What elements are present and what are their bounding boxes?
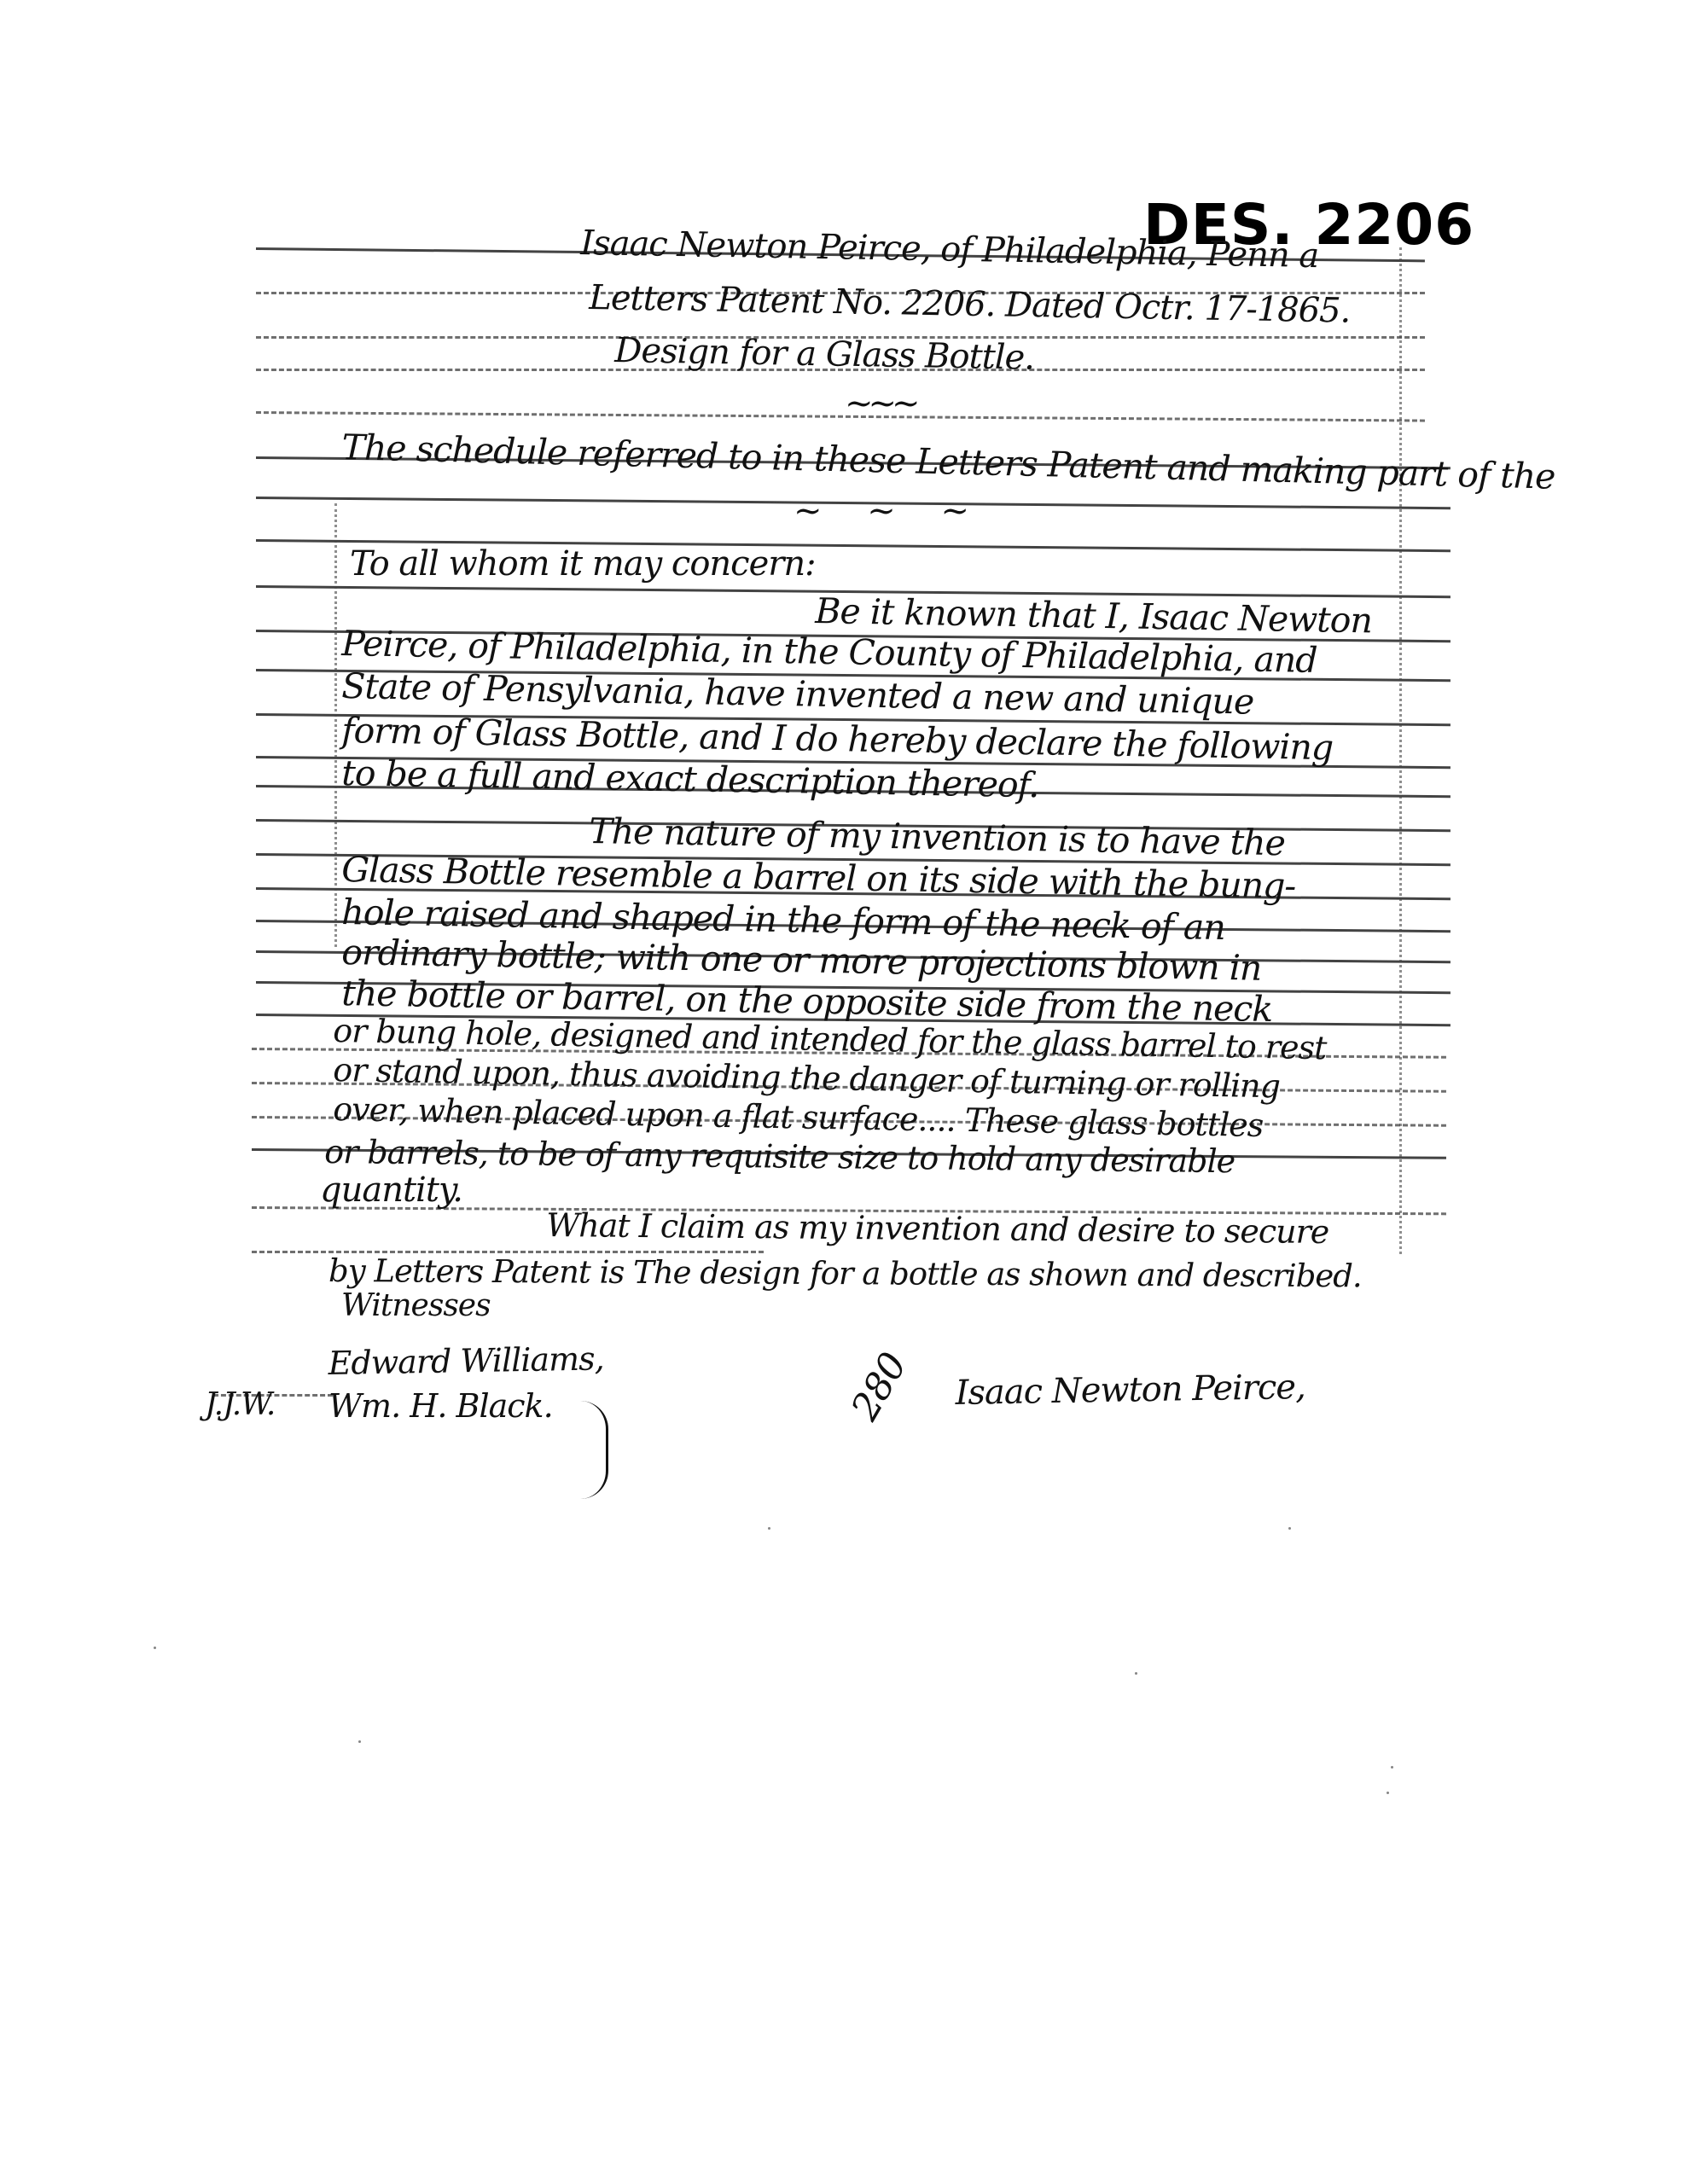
schedule-line: The schedule referred to in these Letter… bbox=[341, 427, 1555, 497]
scan-speck bbox=[358, 1740, 361, 1743]
ruled-line bbox=[256, 411, 1425, 422]
scan-speck bbox=[768, 1527, 770, 1530]
decorative-flourish: ~ ~ ~ bbox=[794, 491, 986, 531]
margin-initials: J.J.W. bbox=[205, 1387, 275, 1422]
decorative-flourish: ~~~ bbox=[845, 384, 916, 423]
header-patent-line: Letters Patent No. 2206. Dated Octr. 17-… bbox=[589, 278, 1351, 331]
witnesses-label: Witnesses bbox=[341, 1288, 491, 1323]
witness-name: Edward Williams, bbox=[328, 1339, 604, 1382]
body-line: What I claim as my invention and desire … bbox=[546, 1206, 1328, 1251]
scan-speck bbox=[1288, 1527, 1291, 1530]
header-title-line: Design for a Glass Bottle. bbox=[614, 331, 1034, 378]
page-number: 280 bbox=[843, 1346, 916, 1428]
patent-document-page: DES. 2206 Isaac Newton Peirce, of Philad… bbox=[0, 0, 1686, 2184]
right-margin-line bbox=[1399, 247, 1402, 1254]
left-margin-line bbox=[334, 503, 337, 947]
scan-speck bbox=[1135, 1672, 1137, 1675]
witness-name: Wm. H. Black. bbox=[328, 1387, 553, 1425]
scan-speck bbox=[1387, 1792, 1389, 1794]
scan-speck bbox=[1391, 1766, 1393, 1769]
salutation: To all whom it may concern: bbox=[350, 544, 816, 584]
inventor-signature: Isaac Newton Peirce, bbox=[955, 1368, 1305, 1413]
scan-speck bbox=[154, 1647, 156, 1649]
body-line: quantity. bbox=[320, 1170, 462, 1210]
witness-brace bbox=[580, 1401, 608, 1499]
